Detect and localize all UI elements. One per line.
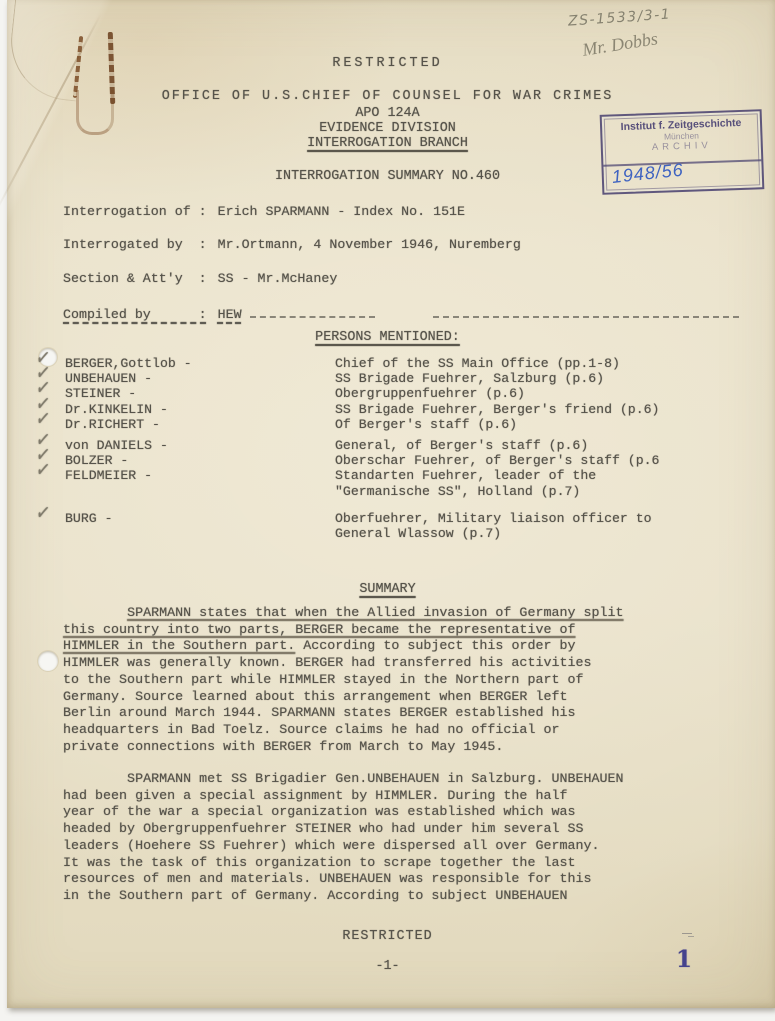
paragraph-line: this country into two parts, BERGER beca… [63, 623, 723, 640]
pencil-underlined-text: HIMMLER in the Southern part. [63, 639, 295, 654]
person-description-line: General Wlassow (p.7) [335, 526, 725, 541]
person-row: ✓BERGER,Gottlob -Chief of the SS Main Of… [65, 356, 725, 371]
person-description: Oberschar Fuehrer, of Berger's staff (p.… [335, 453, 725, 468]
summary-paragraph-2: SPARMANN met SS Brigadier Gen.UNBEHAUEN … [63, 772, 723, 906]
person-description: Of Berger's staff (p.6) [335, 417, 725, 432]
paragraph-text: According to subject this order by [295, 639, 575, 654]
person-description-line: Chief of the SS Main Office (pp.1-8) [335, 356, 725, 371]
person-name: Dr.KINKELIN - [65, 402, 335, 417]
paragraph-text: had been given a special assignment by H… [63, 789, 567, 804]
pencil-underlined-text: SPARMANN states that when the Allied inv… [127, 606, 623, 621]
paragraph-line: leaders (Hoehere SS Fuehrer) which were … [63, 839, 723, 856]
person-description-line: Obergruppenfuehrer (p.6) [335, 386, 725, 401]
person-row: ✓UNBEHAUEN -SS Brigade Fuehrer, Salzburg… [65, 371, 725, 386]
persons-heading-text: PERSONS MENTIONED: [315, 330, 460, 345]
summary-paragraph-1: SPARMANN states that when the Allied inv… [63, 606, 723, 756]
person-row: ✓STEINER -Obergruppenfuehrer (p.6) [65, 386, 725, 401]
paragraph-text: headed by Obergruppenfuehrer STEINER who… [63, 822, 584, 837]
paragraph-text: Berlin around March 1944. SPARMANN state… [63, 706, 575, 721]
compiled-dash-line [250, 304, 375, 318]
summary-heading: SUMMARY [0, 582, 775, 597]
meta-row-3: Compiled by :HEW [63, 304, 743, 319]
paragraph-text: It was the task of this organization to … [63, 856, 575, 871]
classification-header: RESTRICTED [0, 56, 775, 71]
paragraph-line: had been given a special assignment by H… [63, 789, 723, 806]
paragraph-line: to the Southern part while HIMMLER staye… [63, 673, 723, 690]
paragraph-text: Germany. Source learned about this arran… [63, 690, 567, 705]
person-name: STEINER - [65, 386, 335, 401]
paragraph-text [63, 606, 127, 621]
page-number-stamp: 1 [676, 946, 692, 973]
paragraph-line: resources of men and materials. UNBEHAUE… [63, 872, 723, 889]
person-row: ✓Dr.KINKELIN -SS Brigade Fuehrer, Berger… [65, 402, 725, 417]
summary-heading-text: SUMMARY [359, 582, 415, 597]
meta-row-2: Section & Att'y :SS - Mr.McHaney [63, 271, 743, 286]
branch-line-text: INTERROGATION BRANCH [307, 136, 468, 151]
person-description-line: Oberfuehrer, Military liaison officer to [335, 511, 725, 526]
meta-label: Interrogated by : [63, 237, 207, 252]
paragraph-line: SPARMANN met SS Brigadier Gen.UNBEHAUEN … [63, 772, 723, 789]
person-row: ✓von DANIELS -General, of Berger's staff… [65, 438, 725, 453]
meta-value: Mr.Ortmann, 4 November 1946, Nuremberg [218, 237, 521, 252]
meta-value: HEW [218, 307, 242, 322]
paragraph-line: HIMMLER was generally known. BERGER had … [63, 656, 723, 673]
margin-dash-marks [676, 933, 694, 937]
paragraph-line: HIMMLER in the Southern part. According … [63, 639, 723, 656]
division-line: EVIDENCE DIVISION [0, 121, 775, 136]
person-description: Oberfuehrer, Military liaison officer to… [335, 511, 725, 541]
person-name: BURG - [65, 511, 335, 541]
paragraph-line: year of the war a special organization w… [63, 805, 723, 822]
doc-title: INTERROGATION SUMMARY NO.460 [0, 169, 775, 184]
persons-heading: PERSONS MENTIONED: [0, 330, 775, 345]
meta-rows: Interrogation of :Erich SPARMANN - Index… [63, 204, 743, 338]
person-name: von DANIELS - [65, 438, 335, 453]
meta-row-1: Interrogated by :Mr.Ortmann, 4 November … [63, 237, 743, 252]
paragraph-text: leaders (Hoehere SS Fuehrer) which were … [63, 839, 600, 854]
meta-label: Compiled by : [63, 307, 207, 322]
person-name: BERGER,Gottlob - [65, 356, 335, 371]
footer-page-number: -1- [0, 959, 775, 974]
paragraph-text: in the Southern part of Germany. Accordi… [63, 889, 567, 904]
person-row: ✓Dr.RICHERT -Of Berger's staff (p.6) [65, 417, 725, 432]
person-description: SS Brigade Fuehrer, Salzburg (p.6) [335, 371, 725, 386]
person-row: ✓BURG -Oberfuehrer, Military liaison off… [65, 511, 725, 541]
paragraph-line: private connections with BERGER from Mar… [63, 740, 723, 757]
person-description-line: SS Brigade Fuehrer, Berger's friend (p.6… [335, 402, 725, 417]
person-description: General, of Berger's staff (p.6) [335, 438, 725, 453]
person-row: ✓BOLZER -Oberschar Fuehrer, of Berger's … [65, 453, 725, 468]
persons-list: ✓BERGER,Gottlob -Chief of the SS Main Of… [65, 356, 725, 541]
paragraph-text: headquarters in Bad Toelz. Source claims… [63, 723, 559, 738]
person-name: UNBEHAUEN - [65, 371, 335, 386]
footer-classification: RESTRICTED [0, 929, 775, 944]
person-row: ✓FELDMEIER -Standarten Fuehrer, leader o… [65, 468, 725, 498]
person-description-line: Standarten Fuehrer, leader of the [335, 468, 725, 483]
office-title: OFFICE OF U.S.CHIEF OF COUNSEL FOR WAR C… [0, 89, 775, 104]
apo-line: APO 124A [0, 106, 775, 121]
paragraph-text: private connections with BERGER from Mar… [63, 740, 503, 755]
person-description-line: SS Brigade Fuehrer, Salzburg (p.6) [335, 371, 725, 386]
person-name: FELDMEIER - [65, 468, 335, 498]
person-description: Standarten Fuehrer, leader of the"German… [335, 468, 725, 498]
person-description-line: "Germanische SS", Holland (p.7) [335, 484, 725, 499]
person-name: Dr.RICHERT - [65, 417, 335, 432]
paragraph-line: SPARMANN states that when the Allied inv… [63, 606, 723, 623]
meta-row-0: Interrogation of :Erich SPARMANN - Index… [63, 204, 743, 219]
meta-label: Interrogation of : [63, 204, 207, 219]
person-description-line: Of Berger's staff (p.6) [335, 417, 725, 432]
compiled-dash-line [433, 304, 739, 318]
person-description-line: General, of Berger's staff (p.6) [335, 438, 725, 453]
person-name: BOLZER - [65, 453, 335, 468]
punch-hole [38, 651, 58, 671]
meta-value: SS - Mr.McHaney [218, 271, 338, 286]
branch-line: INTERROGATION BRANCH [0, 136, 775, 151]
paragraph-text: SPARMANN met SS Brigadier Gen.UNBEHAUEN … [63, 772, 624, 787]
paragraph-line: Germany. Source learned about this arran… [63, 690, 723, 707]
paragraph-text: HIMMLER was generally known. BERGER had … [63, 656, 592, 671]
person-description: SS Brigade Fuehrer, Berger's friend (p.6… [335, 402, 725, 417]
paragraph-line: headed by Obergruppenfuehrer STEINER who… [63, 822, 723, 839]
paragraph-text: year of the war a special organization w… [63, 805, 575, 820]
paragraph-line: Berlin around March 1944. SPARMANN state… [63, 706, 723, 723]
person-description: Obergruppenfuehrer (p.6) [335, 386, 725, 401]
person-description-line: Oberschar Fuehrer, of Berger's staff (p.… [335, 453, 725, 468]
pencil-underlined-text: this country into two parts, BERGER beca… [63, 623, 575, 638]
paragraph-text: to the Southern part while HIMMLER staye… [63, 673, 584, 688]
person-description: Chief of the SS Main Office (pp.1-8) [335, 356, 725, 371]
paragraph-line: It was the task of this organization to … [63, 856, 723, 873]
paragraph-line: in the Southern part of Germany. Accordi… [63, 889, 723, 906]
meta-label: Section & Att'y : [63, 271, 207, 286]
paragraph-text: resources of men and materials. UNBEHAUE… [63, 872, 592, 887]
document-page: { "page": { "classification_top": "RESTR… [0, 0, 775, 1021]
paragraph-line: headquarters in Bad Toelz. Source claims… [63, 723, 723, 740]
meta-value: Erich SPARMANN - Index No. 151E [218, 204, 465, 219]
